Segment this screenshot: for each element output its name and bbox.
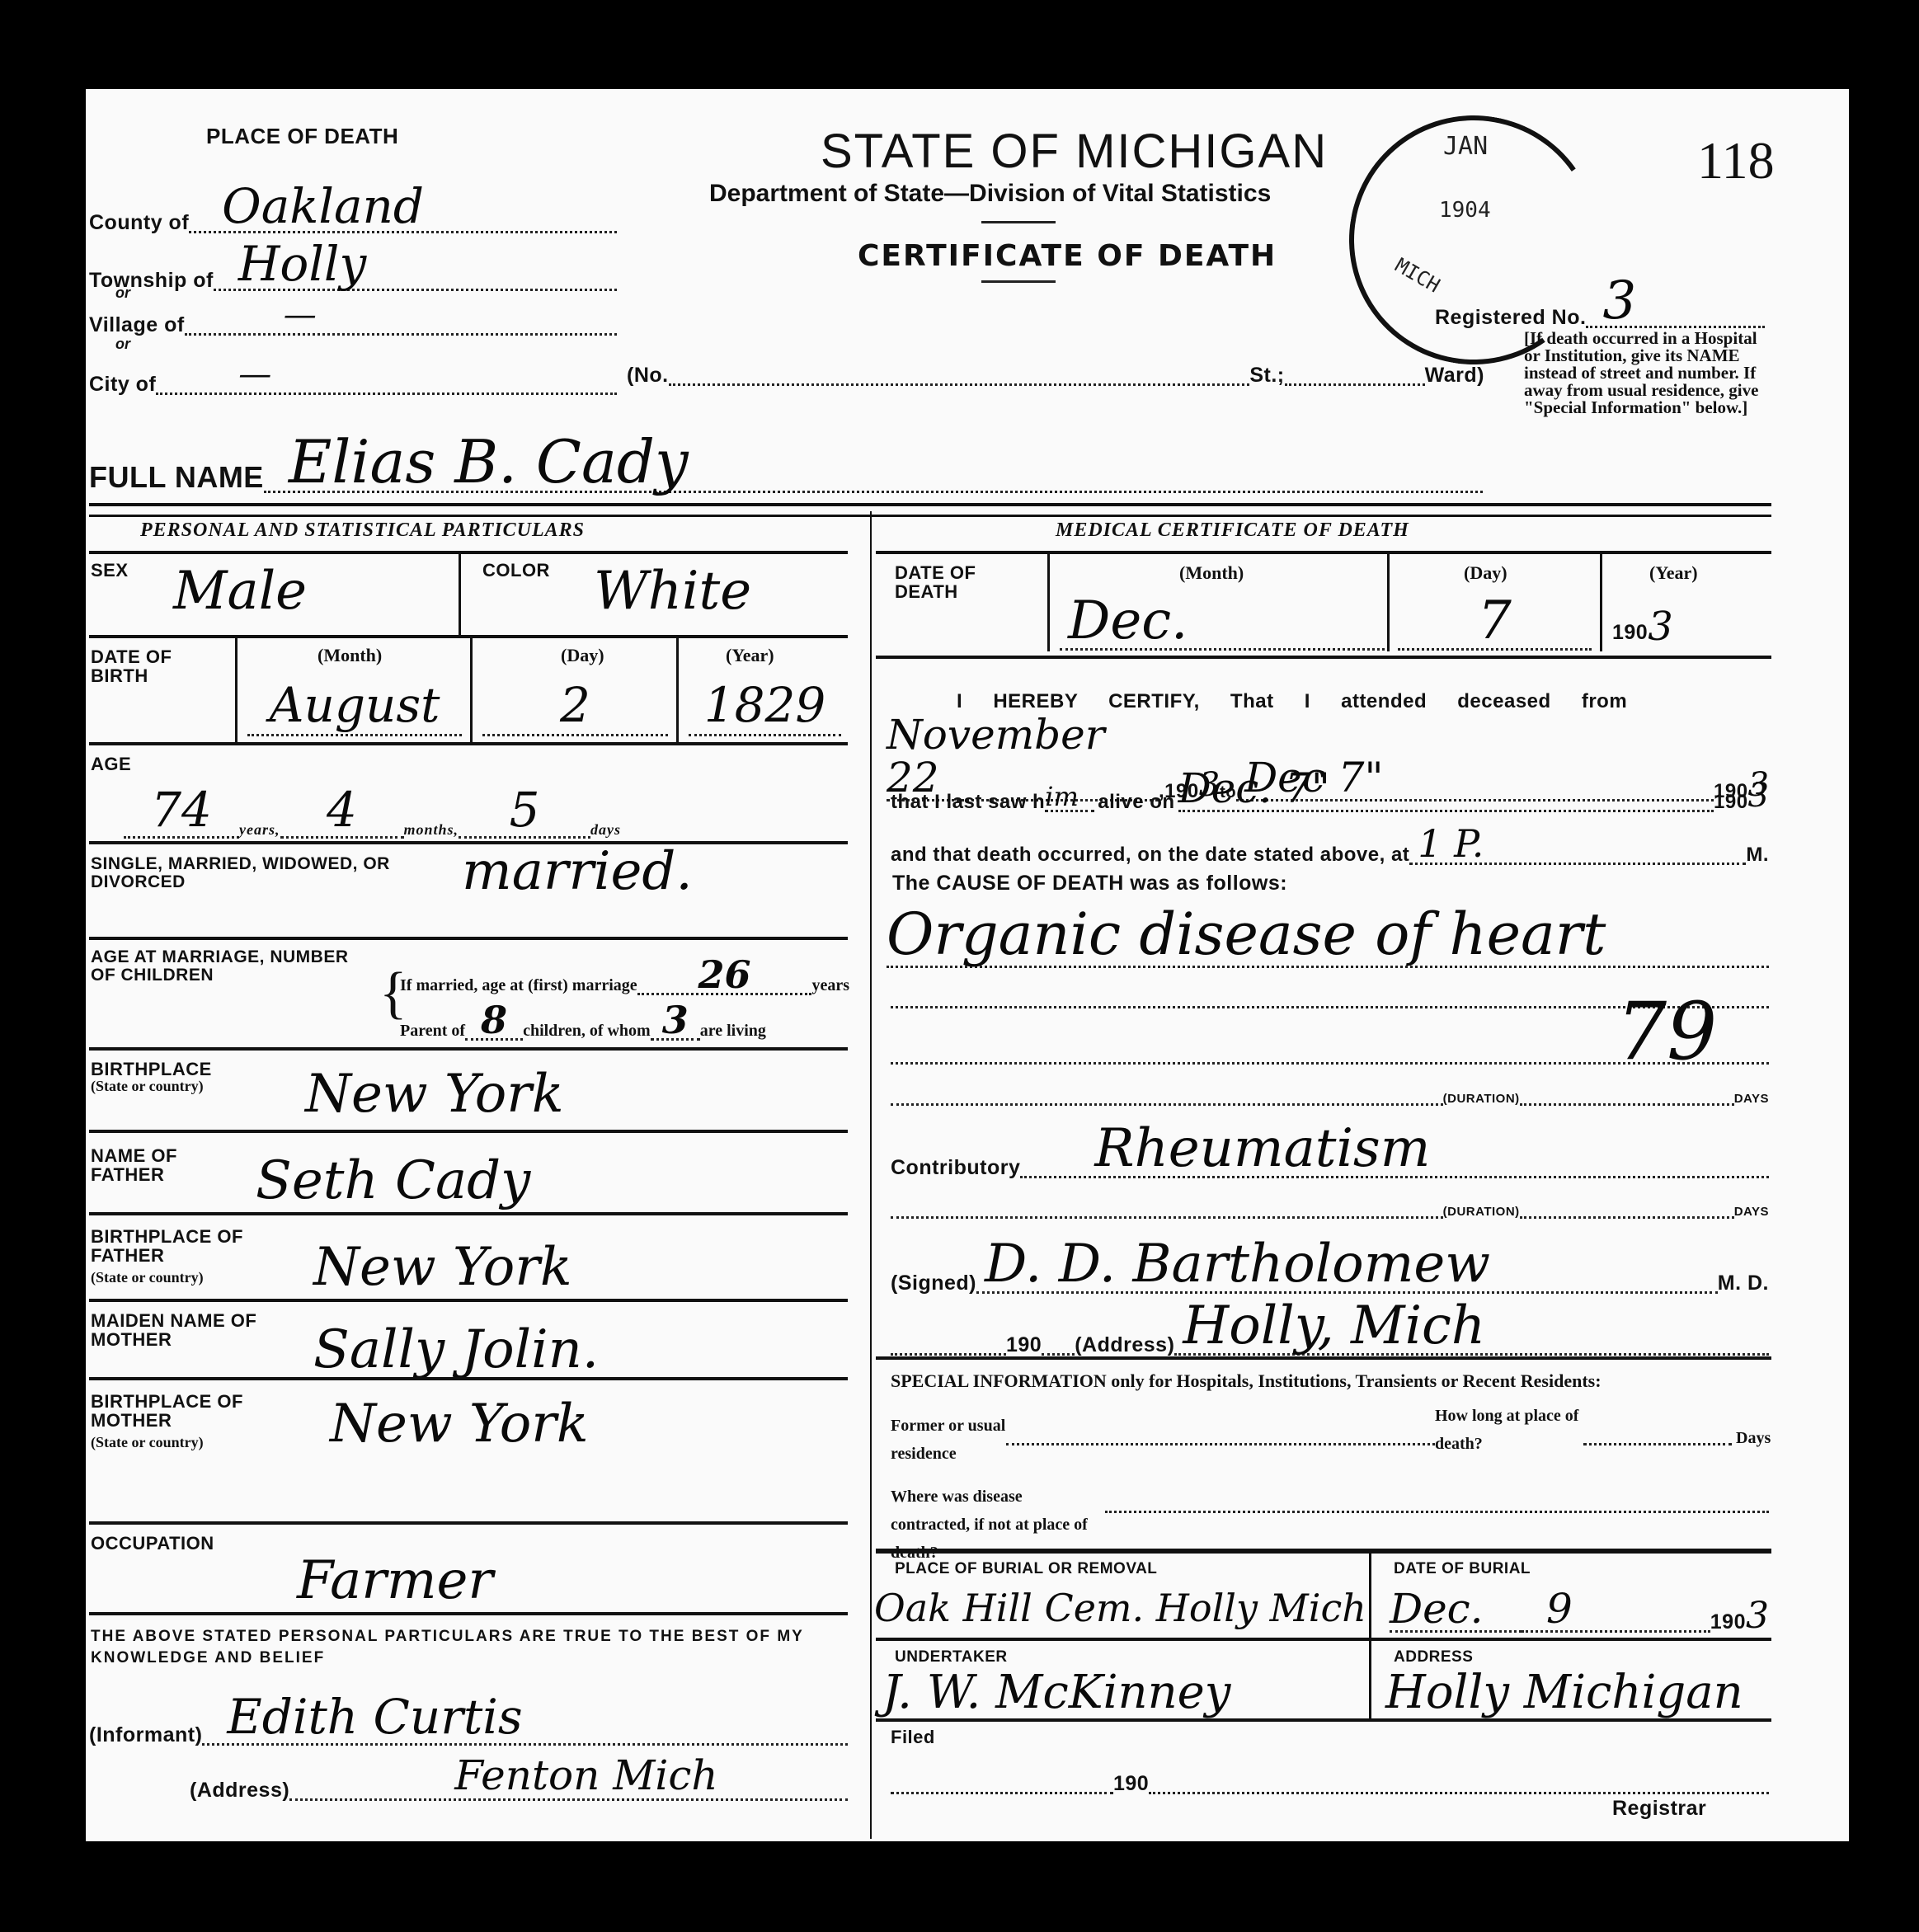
city-field: City of — — [89, 356, 617, 395]
dob-label: DATE OF BIRTH — [91, 647, 223, 685]
marriage-age-value: 26 — [637, 957, 812, 995]
full-name-field: FULL NAME Elias B. Cady — [89, 433, 1483, 493]
sex-value: Male — [173, 561, 307, 622]
medical-certificate-heading: MEDICAL CERTIFICATE OF DEATH — [1056, 519, 1409, 542]
village-value: — — [185, 297, 617, 336]
dob-year-label: (Year) — [726, 645, 774, 666]
how-long-label: How long at place of death? — [1435, 1402, 1583, 1458]
no-label: (No. — [627, 364, 669, 386]
dob-day-value: 2 — [482, 676, 668, 736]
section-divider — [89, 503, 1771, 517]
township-field: Township of Holly — [89, 239, 617, 291]
informant-value: Edith Curtis — [202, 1690, 848, 1746]
father-birthplace-sub: (State or country) — [91, 1270, 204, 1286]
cause-duration-row: (DURATION) DAYS — [891, 1093, 1769, 1106]
registered-no-field: Registered No. 3 — [1435, 276, 1765, 328]
cause-value: Organic disease of heart — [887, 903, 1769, 968]
last-saw-prefix: that I last saw h — [891, 792, 1045, 812]
physician-address-row: 190 (Address) Holly, Mich — [891, 1299, 1769, 1356]
filed-row: 190 — [891, 1773, 1769, 1794]
street-label: St.; — [1249, 364, 1284, 386]
burial-place-value: Oak Hill Cem. Holly Mich — [874, 1583, 1369, 1633]
last-saw-row: that I last saw h im alive on Dec. 7" 19… — [891, 767, 1769, 812]
father-birthplace-label: BIRTHPLACE OF FATHER — [91, 1227, 272, 1265]
divider — [981, 280, 1056, 283]
department-subtitle: Department of State—Division of Vital St… — [709, 180, 1271, 208]
age-label: AGE — [91, 754, 131, 773]
date-prefix: 190 — [1006, 1334, 1042, 1356]
contributory-row: Contributory Rheumatism — [891, 1121, 1769, 1178]
death-time-text: and that death occurred, on the date sta… — [891, 844, 1409, 865]
signed-value: D. D. Bartholomew — [976, 1237, 1718, 1294]
dod-label: DATE OF DEATH — [895, 563, 1002, 601]
divider — [981, 221, 1056, 223]
color-label: COLOR — [482, 561, 550, 580]
last-saw-pronoun: im — [1045, 783, 1094, 812]
mother-birthplace-label: BIRTHPLACE OF MOTHER — [91, 1392, 272, 1430]
md-label: M. D. — [1718, 1272, 1769, 1294]
informant-address-field: (Address) Fenton Mich — [190, 1752, 848, 1801]
dod-month-value: Dec. — [1060, 594, 1390, 651]
cause-duration-value: 79 — [1616, 985, 1717, 1078]
living-count: 3 — [651, 1002, 700, 1041]
county-field: County of Oakland — [89, 181, 617, 233]
contributory-label: Contributory — [891, 1157, 1020, 1178]
contributory-duration-row: (DURATION) DAYS — [891, 1206, 1769, 1219]
mother-value: Sally Jolin. — [313, 1319, 599, 1380]
signed-label: (Signed) — [891, 1272, 976, 1294]
age-row: 74 years, 4 months, 5 days — [124, 783, 841, 839]
township-value: Holly — [214, 239, 617, 291]
mother-label: MAIDEN NAME OF MOTHER — [91, 1311, 289, 1349]
father-label: NAME OF FATHER — [91, 1146, 206, 1184]
how-long-days-label: Days — [1736, 1429, 1771, 1448]
duration-label: (DURATION) — [1443, 1093, 1520, 1106]
burial-date-label: DATE OF BURIAL — [1394, 1561, 1531, 1577]
disease-contracted-input — [1105, 1502, 1769, 1513]
how-long-input — [1583, 1435, 1732, 1445]
age-years: 74 — [124, 783, 239, 839]
undertaker-address-label: ADDRESS — [1394, 1649, 1473, 1666]
signed-row: (Signed) D. D. Bartholomew M. D. — [891, 1237, 1769, 1294]
informant-address-value: Fenton Mich — [289, 1752, 848, 1801]
undertaker-label: UNDERTAKER — [895, 1649, 1008, 1666]
death-time-value: 1 P. — [1409, 825, 1746, 865]
dod-year-label: (Year) — [1649, 562, 1698, 584]
column-divider — [870, 511, 876, 1839]
days-label: days — [590, 822, 621, 839]
last-saw-date: Dec. 7" — [1178, 767, 1714, 812]
registrar-label: Registrar — [1612, 1798, 1706, 1819]
undertaker-value: J. W. McKinney — [882, 1666, 1230, 1719]
living-suffix: are living — [700, 1022, 766, 1041]
village-field: Village of — — [89, 297, 617, 336]
stamp-year: 1904 — [1439, 198, 1491, 223]
days-label: DAYS — [1734, 1093, 1769, 1106]
age-months: 4 — [280, 783, 404, 839]
dod-year-field: 190 3 — [1612, 610, 1673, 643]
city-value: — — [156, 356, 617, 395]
birthplace-label: BIRTHPLACE — [91, 1060, 212, 1079]
dod-year-digit: 3 — [1648, 610, 1673, 643]
disease-contracted-label: Where was disease contracted, if not at … — [891, 1483, 1105, 1567]
death-time-row: and that death occurred, on the date sta… — [891, 825, 1769, 865]
full-name-label: FULL NAME — [89, 462, 264, 493]
village-label: Village of — [89, 314, 185, 336]
dob-month-label: (Month) — [317, 645, 382, 666]
burial-date-row: Dec. 9 190 3 — [1390, 1587, 1769, 1633]
contributory-value: Rheumatism — [1020, 1121, 1769, 1178]
last-saw-year-prefix: 190 — [1714, 792, 1748, 812]
age-days: 5 — [459, 783, 590, 839]
years-label: years, — [239, 822, 280, 839]
marriage-age-prefix: If married, age at (first) marriage — [400, 976, 637, 995]
township-label: Township of — [89, 270, 214, 291]
page-number: 118 — [1697, 130, 1775, 191]
birthplace-sub: (State or country) — [91, 1079, 204, 1095]
or-label-2: or — [115, 336, 130, 353]
parent-prefix: Parent of — [400, 1022, 465, 1041]
marital-value: married. — [462, 841, 693, 902]
marital-label: SINGLE, MARRIED, WIDOWED, OR DIVORCED — [91, 855, 454, 891]
stamp-month: JAN — [1443, 132, 1488, 161]
filed-label: Filed — [891, 1728, 935, 1746]
burial-place-label: PLACE OF BURIAL OR REMOVAL — [895, 1561, 1157, 1577]
state-title: STATE OF MICHIGAN — [821, 124, 1328, 179]
duration-label-2: (DURATION) — [1443, 1206, 1520, 1219]
burial-date-day: 9 — [1522, 1587, 1710, 1633]
dod-day-label: (Day) — [1464, 562, 1507, 584]
dod-year-prefix: 190 — [1612, 622, 1648, 643]
special-info-heading: SPECIAL INFORMATION only for Hospitals, … — [891, 1370, 1602, 1392]
dob-year-value: 1829 — [689, 676, 841, 736]
full-name-value: Elias B. Cady — [264, 433, 1483, 493]
last-saw-mid: alive on — [1094, 792, 1178, 812]
father-value: Seth Cady — [256, 1150, 530, 1211]
personal-particulars-heading: PERSONAL AND STATISTICAL PARTICULARS — [140, 519, 585, 542]
county-value: Oakland — [189, 181, 617, 233]
mother-birthplace-sub: (State or country) — [91, 1435, 204, 1451]
father-birthplace-value: New York — [313, 1237, 572, 1298]
marriage-age-row: If married, age at (first) marriage 26 y… — [400, 957, 849, 995]
physician-address-value: Holly, Mich — [1174, 1299, 1769, 1356]
children-count: 8 — [465, 1002, 523, 1041]
days-label-2: DAYS — [1734, 1206, 1769, 1219]
registered-no-value: 3 — [1586, 276, 1765, 328]
marriage-label: AGE AT MARRIAGE, NUMBER OF CHILDREN — [91, 948, 355, 985]
certify-text: I HEREBY CERTIFY, That I attended deceas… — [957, 691, 1765, 712]
informant-label: (Informant) — [89, 1724, 202, 1746]
street-address-field: (No. St.; Ward) — [627, 364, 1484, 386]
ward-label: Ward) — [1425, 364, 1484, 386]
last-saw-year: 3 — [1748, 779, 1769, 812]
dod-day-value: 7 — [1398, 594, 1592, 651]
undertaker-address-value: Holly Michigan — [1385, 1666, 1743, 1719]
death-time-suffix: M. — [1746, 844, 1769, 865]
sex-label: SEX — [91, 561, 129, 580]
physician-address-label: (Address) — [1075, 1334, 1174, 1356]
dob-day-label: (Day) — [561, 645, 604, 666]
attestation-text: THE ABOVE STATED PERSONAL PARTICULARS AR… — [91, 1626, 833, 1669]
children-row: Parent of 8 children, of whom 3 are livi… — [400, 1002, 849, 1041]
certificate-title: CERTIFICATE OF DEATH — [858, 239, 1277, 273]
color-value: White — [594, 561, 751, 622]
cause-label: The CAUSE OF DEATH was as follows: — [892, 872, 1287, 894]
marriage-age-suffix: years — [811, 976, 849, 995]
county-label: County of — [89, 212, 189, 233]
burial-date-year: 3 — [1746, 1600, 1769, 1633]
mother-birthplace-value: New York — [330, 1394, 589, 1455]
burial-date-month: Dec. — [1390, 1587, 1522, 1633]
children-mid: children, of whom — [523, 1022, 651, 1041]
former-residence-input — [1006, 1435, 1435, 1445]
dod-month-label: (Month) — [1179, 562, 1244, 584]
city-label: City of — [89, 374, 156, 395]
informant-address-label: (Address) — [190, 1779, 289, 1801]
months-label: months, — [404, 822, 459, 839]
place-of-death-heading: PLACE OF DEATH — [206, 125, 398, 148]
hospital-note: [If death occurred in a Hospital or Inst… — [1524, 330, 1771, 416]
registered-no-label: Registered No. — [1435, 307, 1586, 328]
informant-field: (Informant) Edith Curtis — [89, 1690, 848, 1746]
burial-date-year-prefix: 190 — [1710, 1611, 1746, 1633]
occupation-label: OCCUPATION — [91, 1534, 214, 1553]
dob-month-value: August — [247, 676, 462, 736]
birthplace-value: New York — [305, 1064, 564, 1125]
filed-year-prefix: 190 — [1113, 1773, 1149, 1794]
occupation-value: Farmer — [297, 1550, 493, 1611]
